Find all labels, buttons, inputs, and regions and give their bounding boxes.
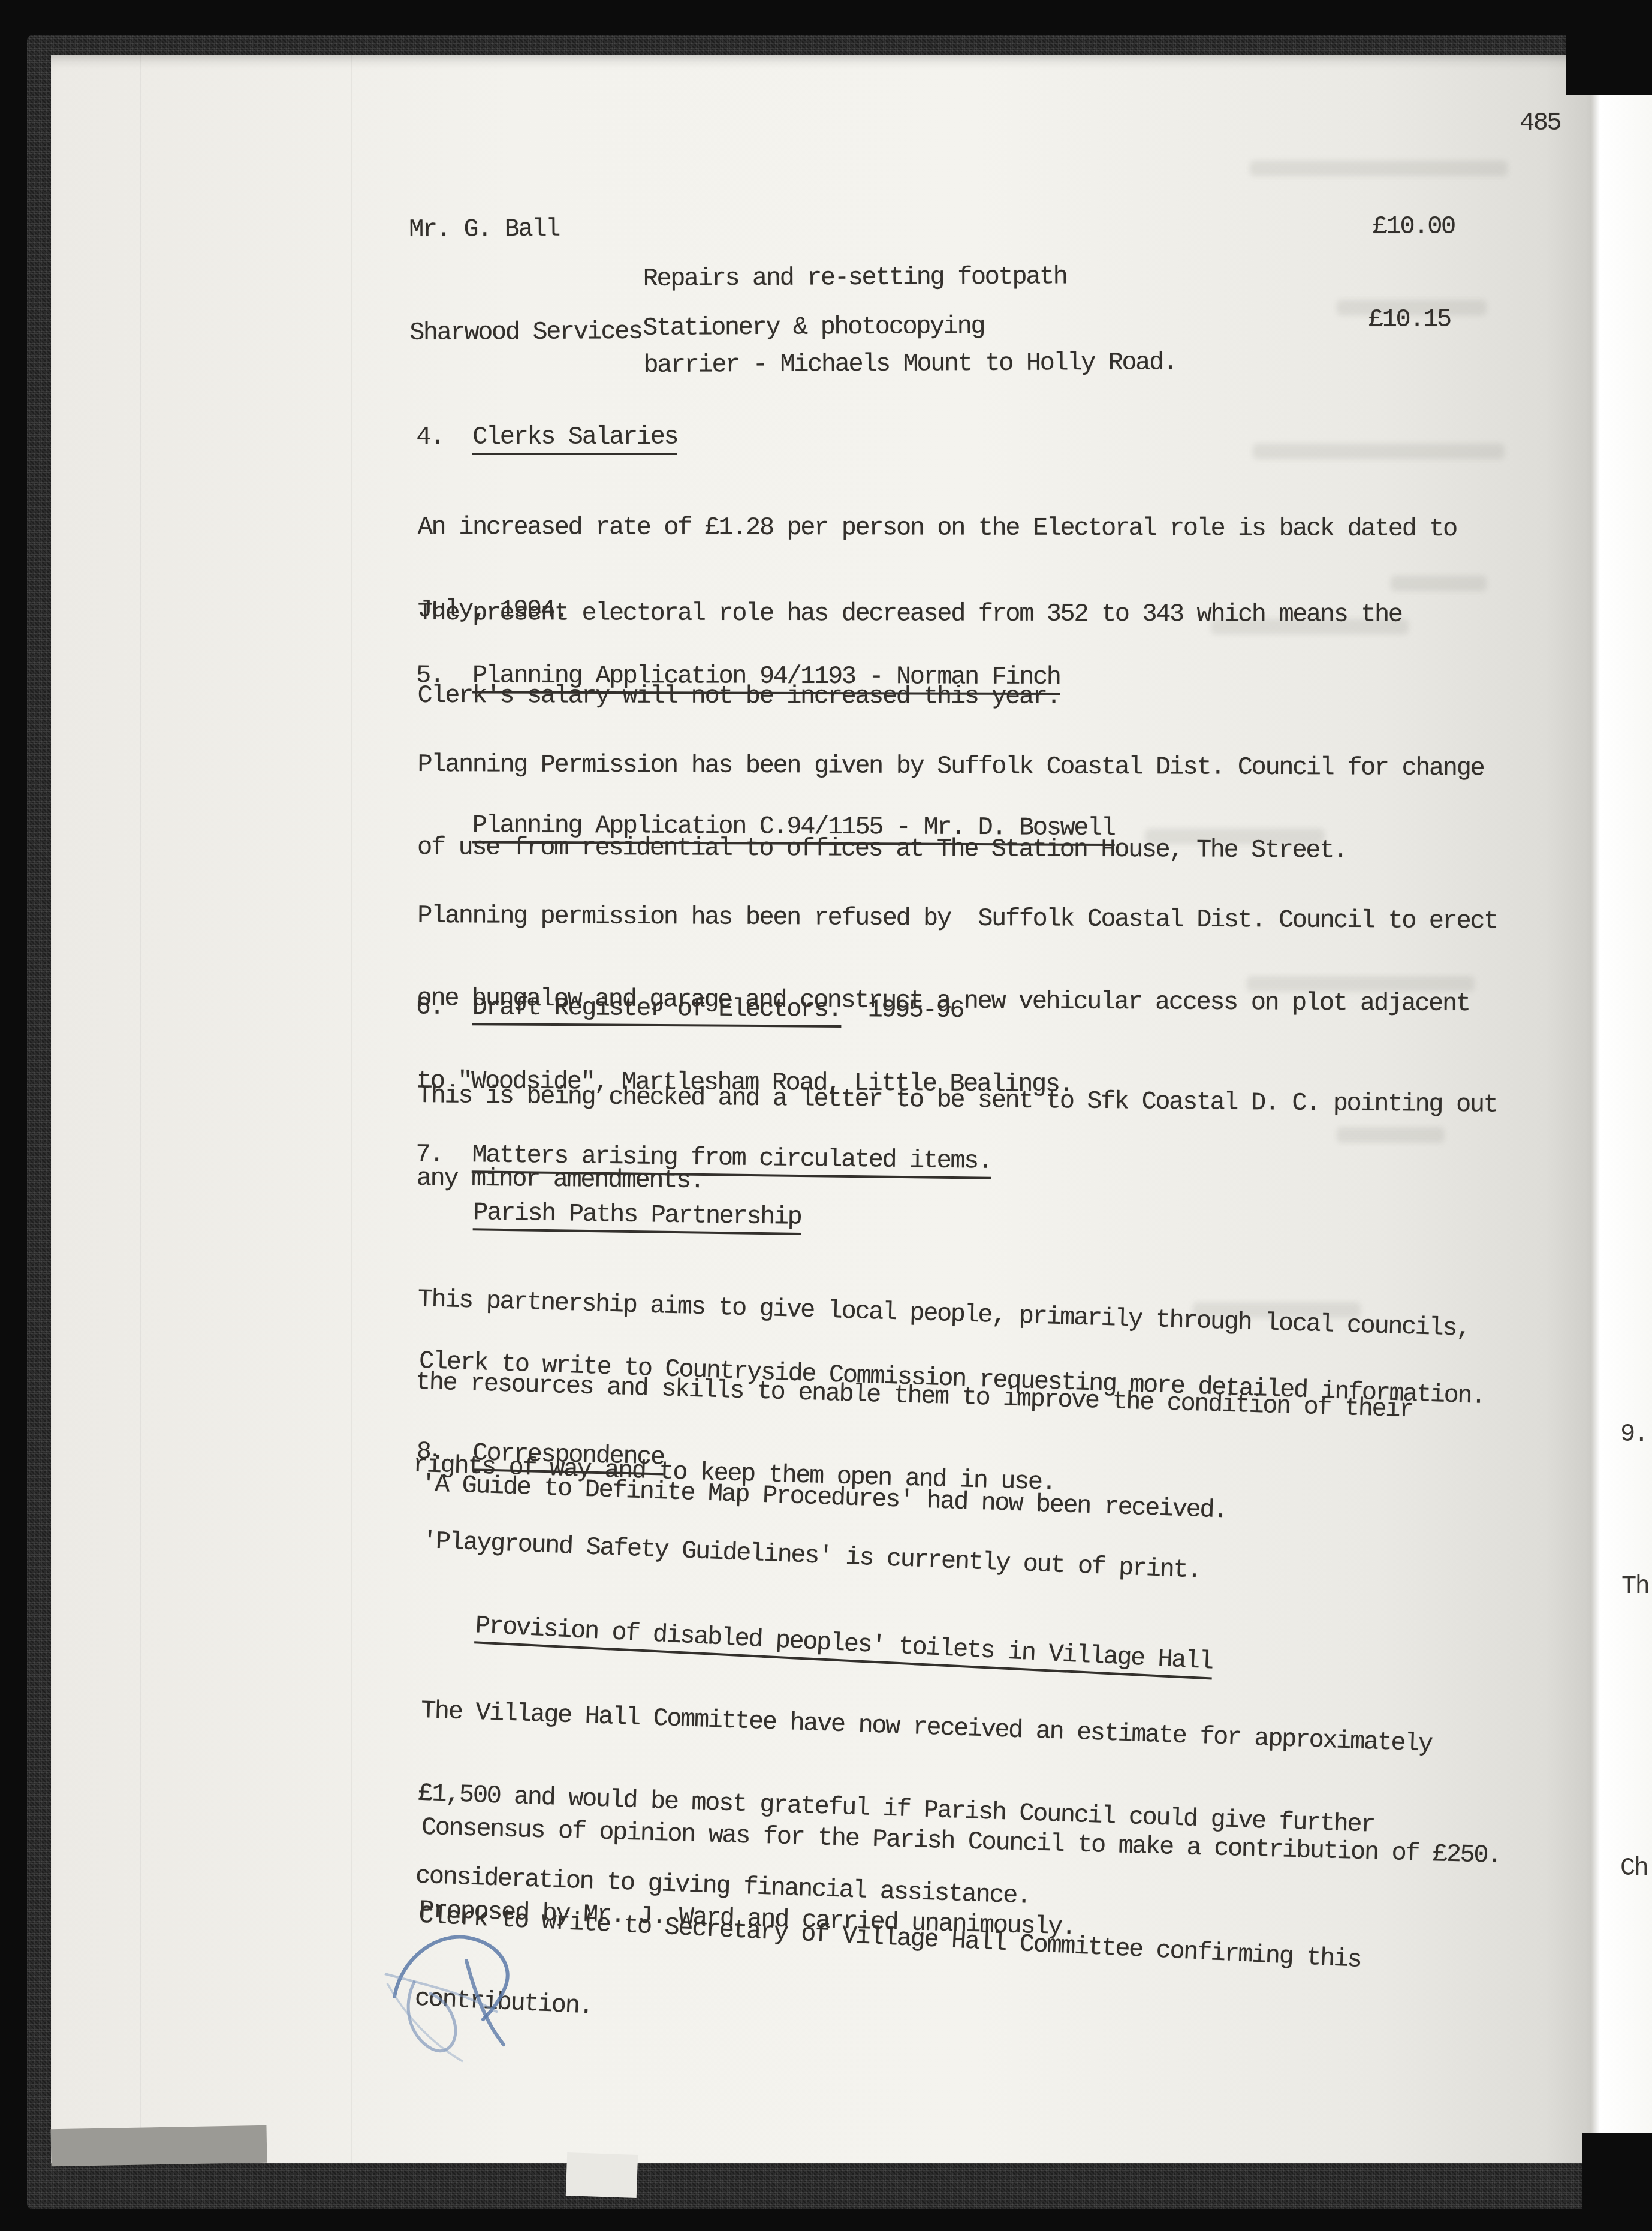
- section-heading-text: Clerks Salaries: [472, 423, 677, 455]
- section-heading-text: Planning Application 94/1193 - Norman Fi…: [472, 661, 1060, 695]
- payee: Sharwood Services: [409, 318, 642, 347]
- cover-edge-highlight: [50, 2125, 267, 2166]
- signature-scribble-icon: [378, 1926, 545, 2070]
- section-heading-text: Correspondence: [472, 1438, 664, 1475]
- paragraph-line: This is being checked and a letter to be…: [417, 1082, 1497, 1119]
- paragraph: Clerk to write to Secretary of Village H…: [412, 1847, 1364, 2112]
- paragraph-line: Repairs and re-setting footpath: [643, 260, 1176, 294]
- paragraph-line: The Village Hall Committee have now rece…: [420, 1697, 1432, 1758]
- page-crease: [351, 55, 352, 2163]
- section-heading-text: Planning Application C.94/1155 - Mr. D. …: [472, 811, 1115, 846]
- section-number: 7.: [415, 1140, 472, 1169]
- payment-amount: £10.00: [1373, 213, 1455, 240]
- paragraph-line: This partnership aims to give local peop…: [417, 1285, 1470, 1342]
- paragraph-line: Planning permission has been refused by …: [417, 902, 1497, 935]
- section-number: 5.: [416, 661, 472, 689]
- paragraph-line: barrier - Michaels Mount to Holly Road.: [643, 347, 1177, 381]
- page: 485 Mr. G. Ball Repairs and re-setting f…: [51, 55, 1591, 2163]
- section-number: 4.: [416, 423, 472, 451]
- ink-bleed-ghost: [1253, 444, 1505, 459]
- section-heading-suffix: 1995-96: [867, 995, 963, 1025]
- scanned-minutes-page: { "page_number": "485", "payments": { "r…: [0, 0, 1652, 2231]
- adjacent-page-fragment: Ch: [1620, 1854, 1648, 1883]
- paragraph-line: The present electoral role has decreased…: [418, 599, 1402, 628]
- page-crease: [140, 55, 141, 2163]
- payee: Mr. G. Ball: [409, 215, 559, 243]
- section-number: 8.: [416, 1438, 473, 1467]
- page-number: 485: [1520, 109, 1560, 137]
- paragraph-line: Clerk to write to Secretary of Village H…: [418, 1902, 1361, 1974]
- book-cover-corner: [1582, 2133, 1652, 2231]
- adjacent-page-fragment: Th: [1621, 1572, 1649, 1601]
- adjacent-page-edge: [1591, 90, 1652, 2140]
- section-heading-text: Draft Register of Electors.: [472, 993, 842, 1028]
- paragraph-line: contribution.: [414, 1985, 1358, 2057]
- paragraph-line: An increased rate of £1.28 per person on…: [418, 513, 1457, 543]
- paragraph-line: Planning Permission has been given by Su…: [418, 751, 1484, 782]
- section-number: 6.: [416, 993, 472, 1022]
- payment-amount: £10.15: [1368, 306, 1451, 333]
- section-heading-text: Parish Paths Partnership: [473, 1198, 801, 1235]
- payment-description: Stationery & photocopying: [643, 312, 984, 342]
- book-cover-corner: [1566, 0, 1652, 95]
- ink-bleed-ghost: [1250, 161, 1508, 176]
- paper-tab: [566, 2152, 638, 2198]
- adjacent-page-fragment: 9.: [1620, 1420, 1648, 1449]
